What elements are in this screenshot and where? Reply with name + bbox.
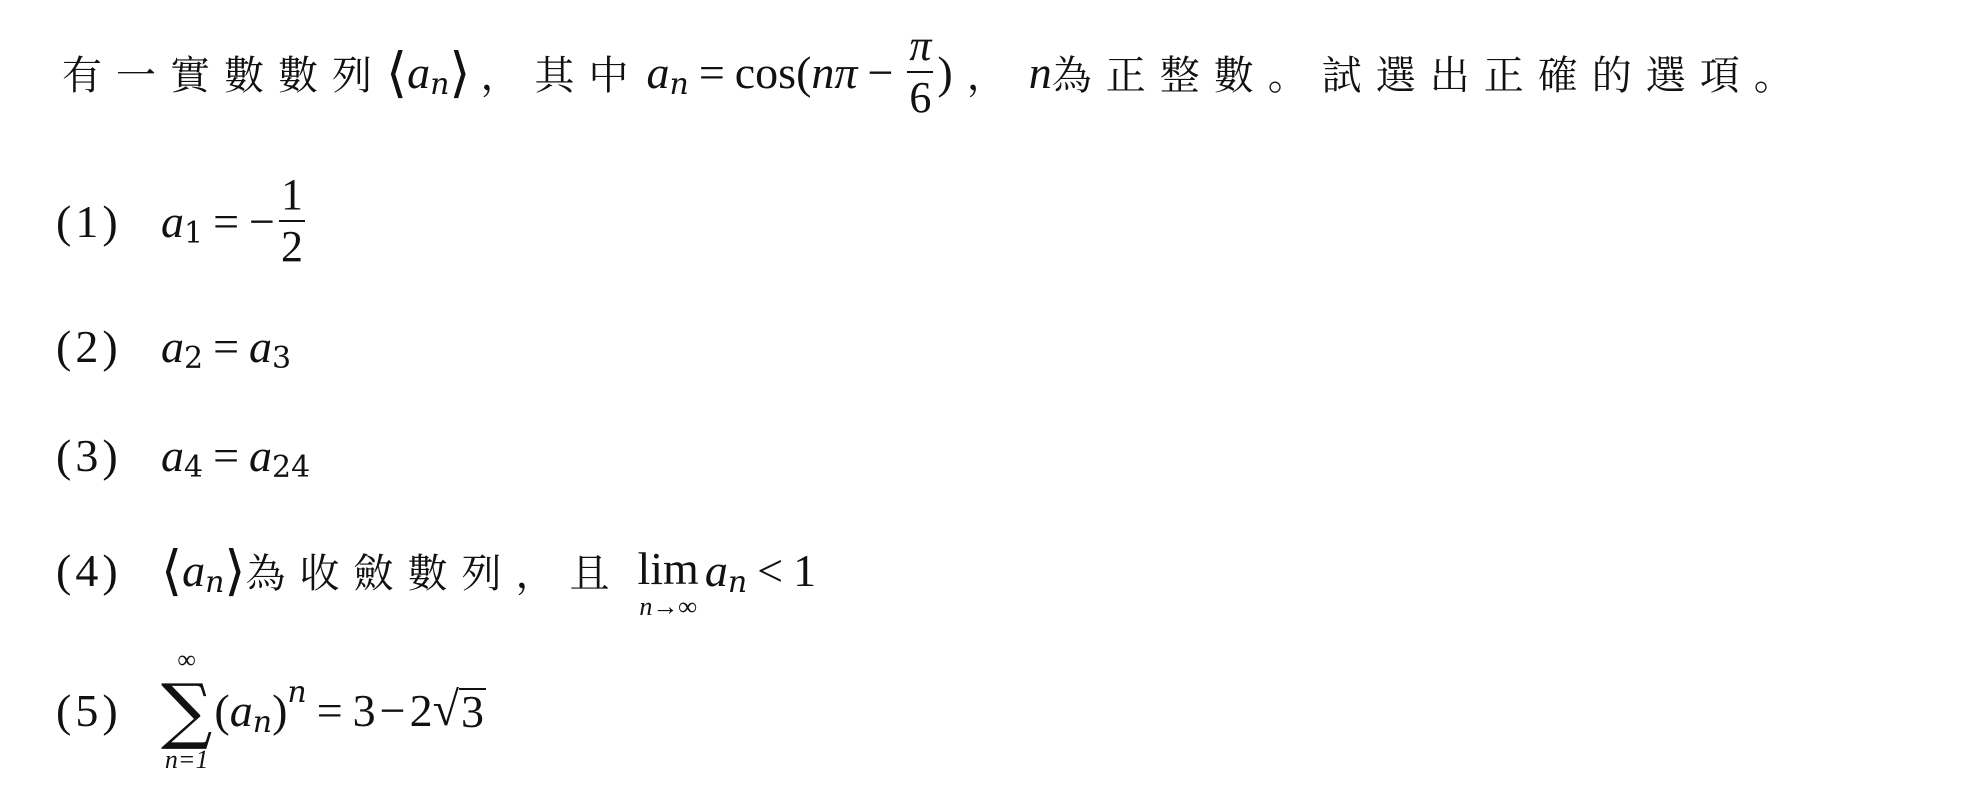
term-close-paren: )	[272, 684, 287, 737]
n-variable: n	[1029, 46, 1052, 99]
fraction-denominator: 6	[909, 73, 931, 123]
equals-sign: =	[213, 429, 239, 482]
rhs-letter: a	[249, 429, 272, 482]
minus-sign: −	[867, 46, 893, 99]
stem-comma: ，	[967, 44, 1021, 101]
rhs-subscript: 24	[272, 450, 310, 485]
rhs-subscript: 3	[272, 341, 291, 376]
right-angle-bracket: ⟩	[224, 539, 245, 602]
question-stem: 有一實數數列 ⟨ an ⟩ ，其中 an = cos( nπ − π 6 ) ，…	[62, 22, 1808, 122]
option-3: (3) a4 = a24	[56, 425, 310, 485]
lhs-subscript: 1	[184, 216, 203, 251]
lhs-letter: a	[161, 320, 184, 373]
rhs-letter: a	[249, 320, 272, 373]
equals-sign: =	[213, 195, 239, 248]
lhs-subscript: 4	[184, 450, 203, 485]
term-letter: a	[230, 684, 253, 737]
less-than-sign: <	[757, 544, 783, 597]
left-angle-bracket: ⟨	[386, 41, 407, 104]
right-angle-bracket: ⟩	[449, 41, 470, 104]
term-index: n	[253, 705, 272, 740]
radicand: 3	[459, 688, 486, 734]
summation: ∞ ∑ n=1	[161, 645, 212, 775]
one-half-fraction: 1 2	[279, 170, 305, 272]
seq-letter: a	[407, 46, 430, 99]
square-root: √ 3	[433, 686, 486, 734]
fraction-numerator: π	[909, 21, 931, 71]
seq-index: n	[205, 565, 224, 600]
lim-index: n	[728, 565, 747, 600]
def-equals: =	[699, 46, 725, 99]
stem-suffix: 為正整數。試選出正確的選項。	[1052, 44, 1808, 101]
sum-lower-limit: n=1	[165, 745, 209, 775]
rhs-constant: 3	[353, 684, 376, 737]
equals-sign: =	[213, 320, 239, 373]
lhs-subscript: 2	[184, 341, 203, 376]
option-4-text: 為收斂數列，且	[245, 542, 623, 599]
option-1: (1) a1 = − 1 2	[56, 166, 309, 276]
option-label: (3)	[56, 429, 161, 482]
left-angle-bracket: ⟨	[161, 539, 182, 602]
lim-text: lim	[637, 546, 698, 592]
lim-letter: a	[705, 544, 728, 597]
pi-over-six-fraction: π 6	[907, 21, 933, 123]
fraction-numerator: 1	[281, 170, 303, 220]
radical-sign: √	[433, 686, 459, 734]
n-pi: nπ	[811, 46, 857, 99]
option-4: (4) ⟨ an ⟩ 為收斂數列，且 lim n→∞ an < 1	[56, 530, 816, 610]
option-label: (4)	[56, 544, 161, 597]
option-5: (5) ∞ ∑ n=1 ( an )n = 3 − 2 √ 3	[56, 645, 486, 775]
lhs-letter: a	[161, 429, 184, 482]
bound-value: 1	[793, 544, 816, 597]
term-power: n	[287, 675, 306, 710]
option-label: (1)	[56, 195, 161, 248]
lhs-letter: a	[161, 195, 184, 248]
rhs-sign: −	[249, 195, 275, 248]
def-lhs-letter: a	[646, 46, 669, 99]
lim-subscript: n→∞	[639, 592, 697, 622]
rhs-minus: −	[380, 684, 406, 737]
option-2: (2) a2 = a3	[56, 316, 291, 376]
stem-mid: ，其中	[480, 44, 642, 101]
seq-letter: a	[182, 544, 205, 597]
rhs-coefficient: 2	[410, 684, 433, 737]
limit-operator: lim n→∞	[637, 546, 698, 622]
sigma-symbol: ∑	[161, 675, 212, 745]
cos-close: )	[937, 46, 952, 99]
equals-sign: =	[317, 684, 343, 737]
option-label: (2)	[56, 320, 161, 373]
term-open-paren: (	[214, 684, 229, 737]
seq-index: n	[430, 67, 449, 102]
option-label: (5)	[56, 684, 161, 737]
fraction-denominator: 2	[281, 222, 303, 272]
stem-prefix: 有一實數數列	[62, 44, 386, 101]
cos-open: cos(	[735, 46, 812, 99]
def-lhs-index: n	[669, 67, 688, 102]
